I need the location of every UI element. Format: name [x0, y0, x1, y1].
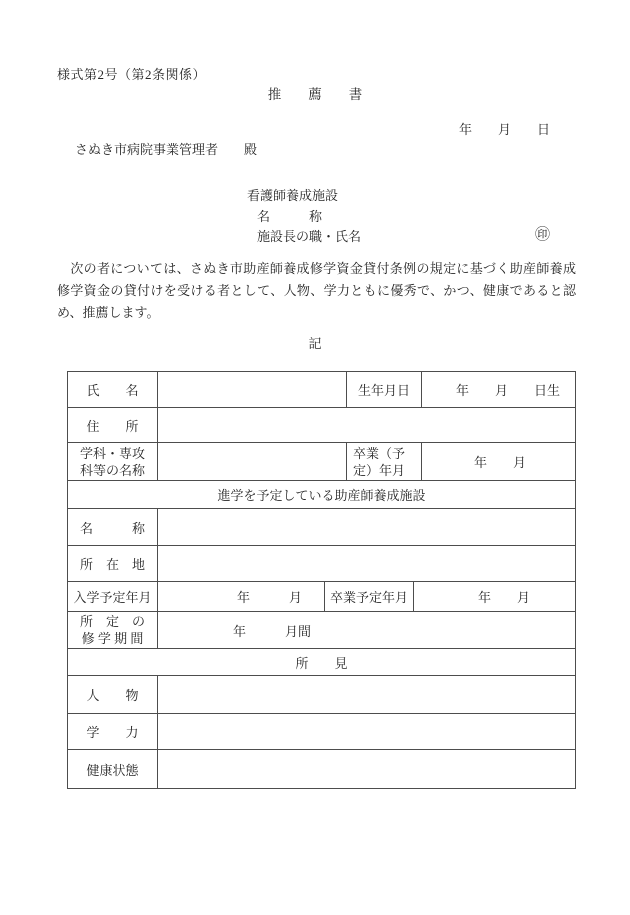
document-page: 様式第2号（第2条関係） 推 薦 書 年 月 日 さぬき市病院事業管理者 殿 看… — [0, 0, 630, 915]
table-row: 氏 名 生年月日 年 月 日生 — [68, 372, 575, 408]
date-line: 年 月 日 — [0, 119, 550, 138]
section-training-facility: 進学を予定している助産師養成施設 — [68, 481, 575, 509]
health-label: 健康状態 — [68, 750, 158, 788]
table-row: 住 所 — [68, 408, 575, 443]
facility-name-input-cell[interactable] — [158, 509, 575, 546]
graduation-planned-input-cell[interactable]: 年 月 — [414, 582, 575, 612]
table-row: 健康状態 — [68, 750, 575, 788]
table-row: 名 称 — [68, 509, 575, 546]
academic-label: 学 力 — [68, 714, 158, 750]
table-row: 学科・専攻 科等の名称 卒業（予 定）年月 年 月 — [68, 443, 575, 481]
department-label: 学科・専攻 科等の名称 — [68, 443, 158, 481]
facility-name-label: 名 称 — [247, 207, 361, 228]
health-input-cell[interactable] — [158, 750, 575, 788]
facility-address-input-cell[interactable] — [158, 546, 575, 582]
table-row: 人 物 — [68, 676, 575, 714]
name-input-cell[interactable] — [158, 372, 347, 408]
table-row: 所 在 地 — [68, 546, 575, 582]
document-title: 推 薦 書 — [0, 83, 630, 103]
facility-name-label: 名 称 — [68, 509, 158, 546]
table-row: 学 力 — [68, 714, 575, 750]
seal-mark-icon: ㊞ — [535, 223, 550, 244]
address-input-cell[interactable] — [158, 408, 575, 443]
facility-type-label: 看護師養成施設 — [247, 186, 361, 207]
dob-input-cell[interactable]: 年 月 日生 — [422, 372, 575, 408]
study-period-label: 所 定 の 修 学 期 間 — [68, 612, 158, 649]
facility-address-label: 所 在 地 — [68, 546, 158, 582]
study-period-input-cell[interactable]: 年 月間 — [158, 612, 575, 649]
name-label: 氏 名 — [68, 372, 158, 408]
form-table: 氏 名 生年月日 年 月 日生 住 所 学科・専攻 科等の名称 卒業（予 定）年… — [67, 371, 576, 789]
table-row: 入学予定年月 年 月 卒業予定年月 年 月 — [68, 582, 575, 612]
graduation-input-cell[interactable]: 年 月 — [422, 443, 575, 481]
personality-label: 人 物 — [68, 676, 158, 714]
section-opinion: 所 見 — [68, 649, 575, 676]
recommender-block: 看護師養成施設 名 称 施設長の職・氏名 — [247, 186, 361, 248]
director-title-name-label: 施設長の職・氏名 — [247, 227, 361, 248]
table-row: 所 定 の 修 学 期 間 年 月間 — [68, 612, 575, 649]
address-label: 住 所 — [68, 408, 158, 443]
body-paragraph: 次の者については、さぬき市助産師養成修学資金貸付条例の規定に基づく助産師養成修学… — [57, 258, 576, 324]
admission-date-label: 入学予定年月 — [68, 582, 158, 612]
addressee-line: さぬき市病院事業管理者 殿 — [75, 139, 257, 158]
dob-label: 生年月日 — [347, 372, 422, 408]
graduation-planned-label: 卒業予定年月 — [325, 582, 414, 612]
ki-heading: 記 — [0, 333, 630, 352]
table-row: 進学を予定している助産師養成施設 — [68, 481, 575, 509]
department-input-cell[interactable] — [158, 443, 347, 481]
personality-input-cell[interactable] — [158, 676, 575, 714]
admission-date-input-cell[interactable]: 年 月 — [158, 582, 325, 612]
academic-input-cell[interactable] — [158, 714, 575, 750]
graduation-label: 卒業（予 定）年月 — [347, 443, 422, 481]
form-number: 様式第2号（第2条関係） — [57, 64, 206, 83]
table-row: 所 見 — [68, 649, 575, 676]
